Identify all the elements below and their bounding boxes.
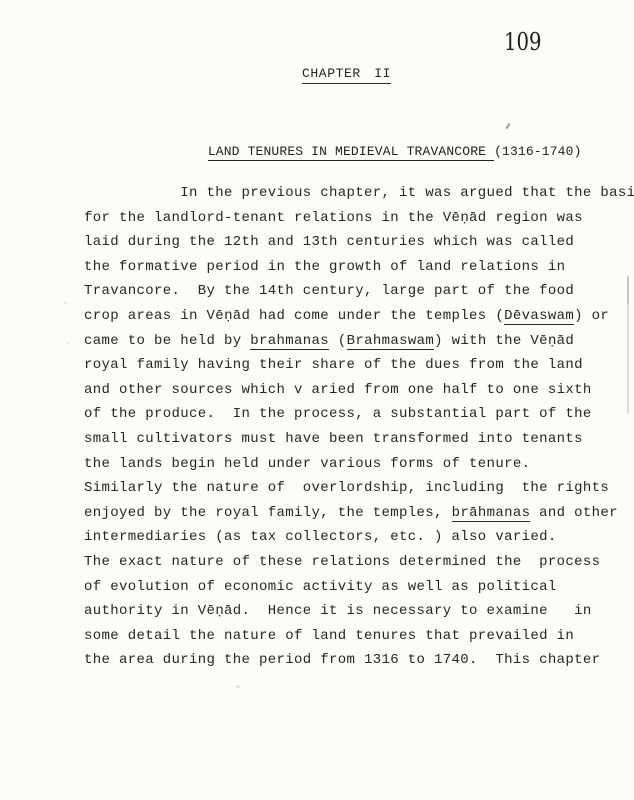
text-line: authority in Vēṇād. Hence it is necessar…: [84, 599, 620, 624]
text-segment: royal family having their share of the d…: [84, 357, 583, 373]
underlined-term: Dēvaswam: [504, 308, 574, 325]
text-segment: crop areas in Vēṇād had come under the t…: [84, 308, 504, 324]
text-segment: of evolution of economic activity as wel…: [84, 579, 557, 595]
text-line: some detail the nature of land tenures t…: [84, 624, 620, 649]
text-segment: In the previous chapter, it was argued t…: [84, 185, 634, 201]
text-segment: some detail the nature of land tenures t…: [84, 628, 574, 644]
text-line: intermediaries (as tax collectors, etc. …: [84, 525, 620, 550]
text-line: In the previous chapter, it was argued t…: [84, 181, 620, 206]
chapter-heading: CHAPTER II: [302, 66, 391, 84]
text-segment: the lands begin held under various forms…: [84, 456, 530, 472]
text-segment: for the landlord-tenant relations in the…: [84, 210, 583, 226]
text-segment: of the produce. In the process, a substa…: [84, 406, 592, 422]
document-title-date-range: (1316-1740): [494, 144, 581, 159]
text-segment: the formative period in the growth of la…: [84, 259, 565, 275]
text-line: and other sources which v aried from one…: [84, 378, 620, 403]
scan-artifact-speck: [67, 342, 70, 344]
text-line: the lands begin held under various forms…: [84, 452, 620, 477]
text-segment: ) with the Vēṇād: [434, 333, 574, 349]
text-line: royal family having their share of the d…: [84, 353, 620, 378]
scan-artifact-line-dark: [627, 276, 629, 306]
text-line: small cultivators must have been transfo…: [84, 427, 620, 452]
underlined-term: Brahmaswam: [347, 333, 435, 350]
text-line: the area during the period from 1316 to …: [84, 648, 620, 673]
text-line: of evolution of economic activity as wel…: [84, 575, 620, 600]
text-line: laid during the 12th and 13th centuries …: [84, 230, 620, 255]
scan-artifact-speck: [64, 301, 67, 304]
text-line: crop areas in Vēṇād had come under the t…: [84, 304, 620, 329]
text-line: enjoyed by the royal family, the temples…: [84, 501, 620, 526]
text-line: The exact nature of these relations dete…: [84, 550, 620, 575]
scan-artifact-speck: [236, 685, 240, 688]
scanned-page: 109 CHAPTER II LAND TENURES IN MEDIEVAL …: [0, 0, 634, 800]
text-segment: authority in Vēṇād. Hence it is necessar…: [84, 603, 592, 619]
text-segment: enjoyed by the royal family, the temples…: [84, 505, 452, 521]
text-segment: laid during the 12th and 13th centuries …: [84, 234, 574, 250]
text-segment: intermediaries (as tax collectors, etc. …: [84, 529, 557, 545]
text-line: Similarly the nature of overlordship, in…: [84, 476, 620, 501]
text-line: of the produce. In the process, a substa…: [84, 402, 620, 427]
text-segment: and other sources which v aried from one…: [84, 382, 592, 398]
text-segment: and other: [530, 505, 618, 521]
page-body: In the previous chapter, it was argued t…: [84, 181, 620, 673]
document-title: LAND TENURES IN MEDIEVAL TRAVANCORE (131…: [176, 129, 582, 174]
text-line: Travancore. By the 14th century, large p…: [84, 279, 620, 304]
text-line: came to be held by brahmanas (Brahmaswam…: [84, 329, 620, 354]
underlined-term: brāhmanas: [452, 505, 531, 522]
document-title-underlined: LAND TENURES IN MEDIEVAL TRAVANCORE: [208, 144, 494, 161]
text-line: the formative period in the growth of la…: [84, 255, 620, 280]
text-segment: ) or: [574, 308, 609, 324]
text-segment: came to be held by: [84, 333, 250, 349]
text-segment: small cultivators must have been transfo…: [84, 431, 583, 447]
scan-artifact-line: [627, 304, 629, 414]
text-segment: Similarly the nature of overlordship, in…: [84, 480, 609, 496]
text-segment: the area during the period from 1316 to …: [84, 652, 600, 668]
text-line: for the landlord-tenant relations in the…: [84, 206, 620, 231]
text-segment: The exact nature of these relations dete…: [84, 554, 600, 570]
text-segment: (: [329, 333, 347, 349]
underlined-term: brahmanas: [250, 333, 329, 350]
text-segment: Travancore. By the 14th century, large p…: [84, 283, 574, 299]
page-number: 109: [504, 28, 542, 56]
